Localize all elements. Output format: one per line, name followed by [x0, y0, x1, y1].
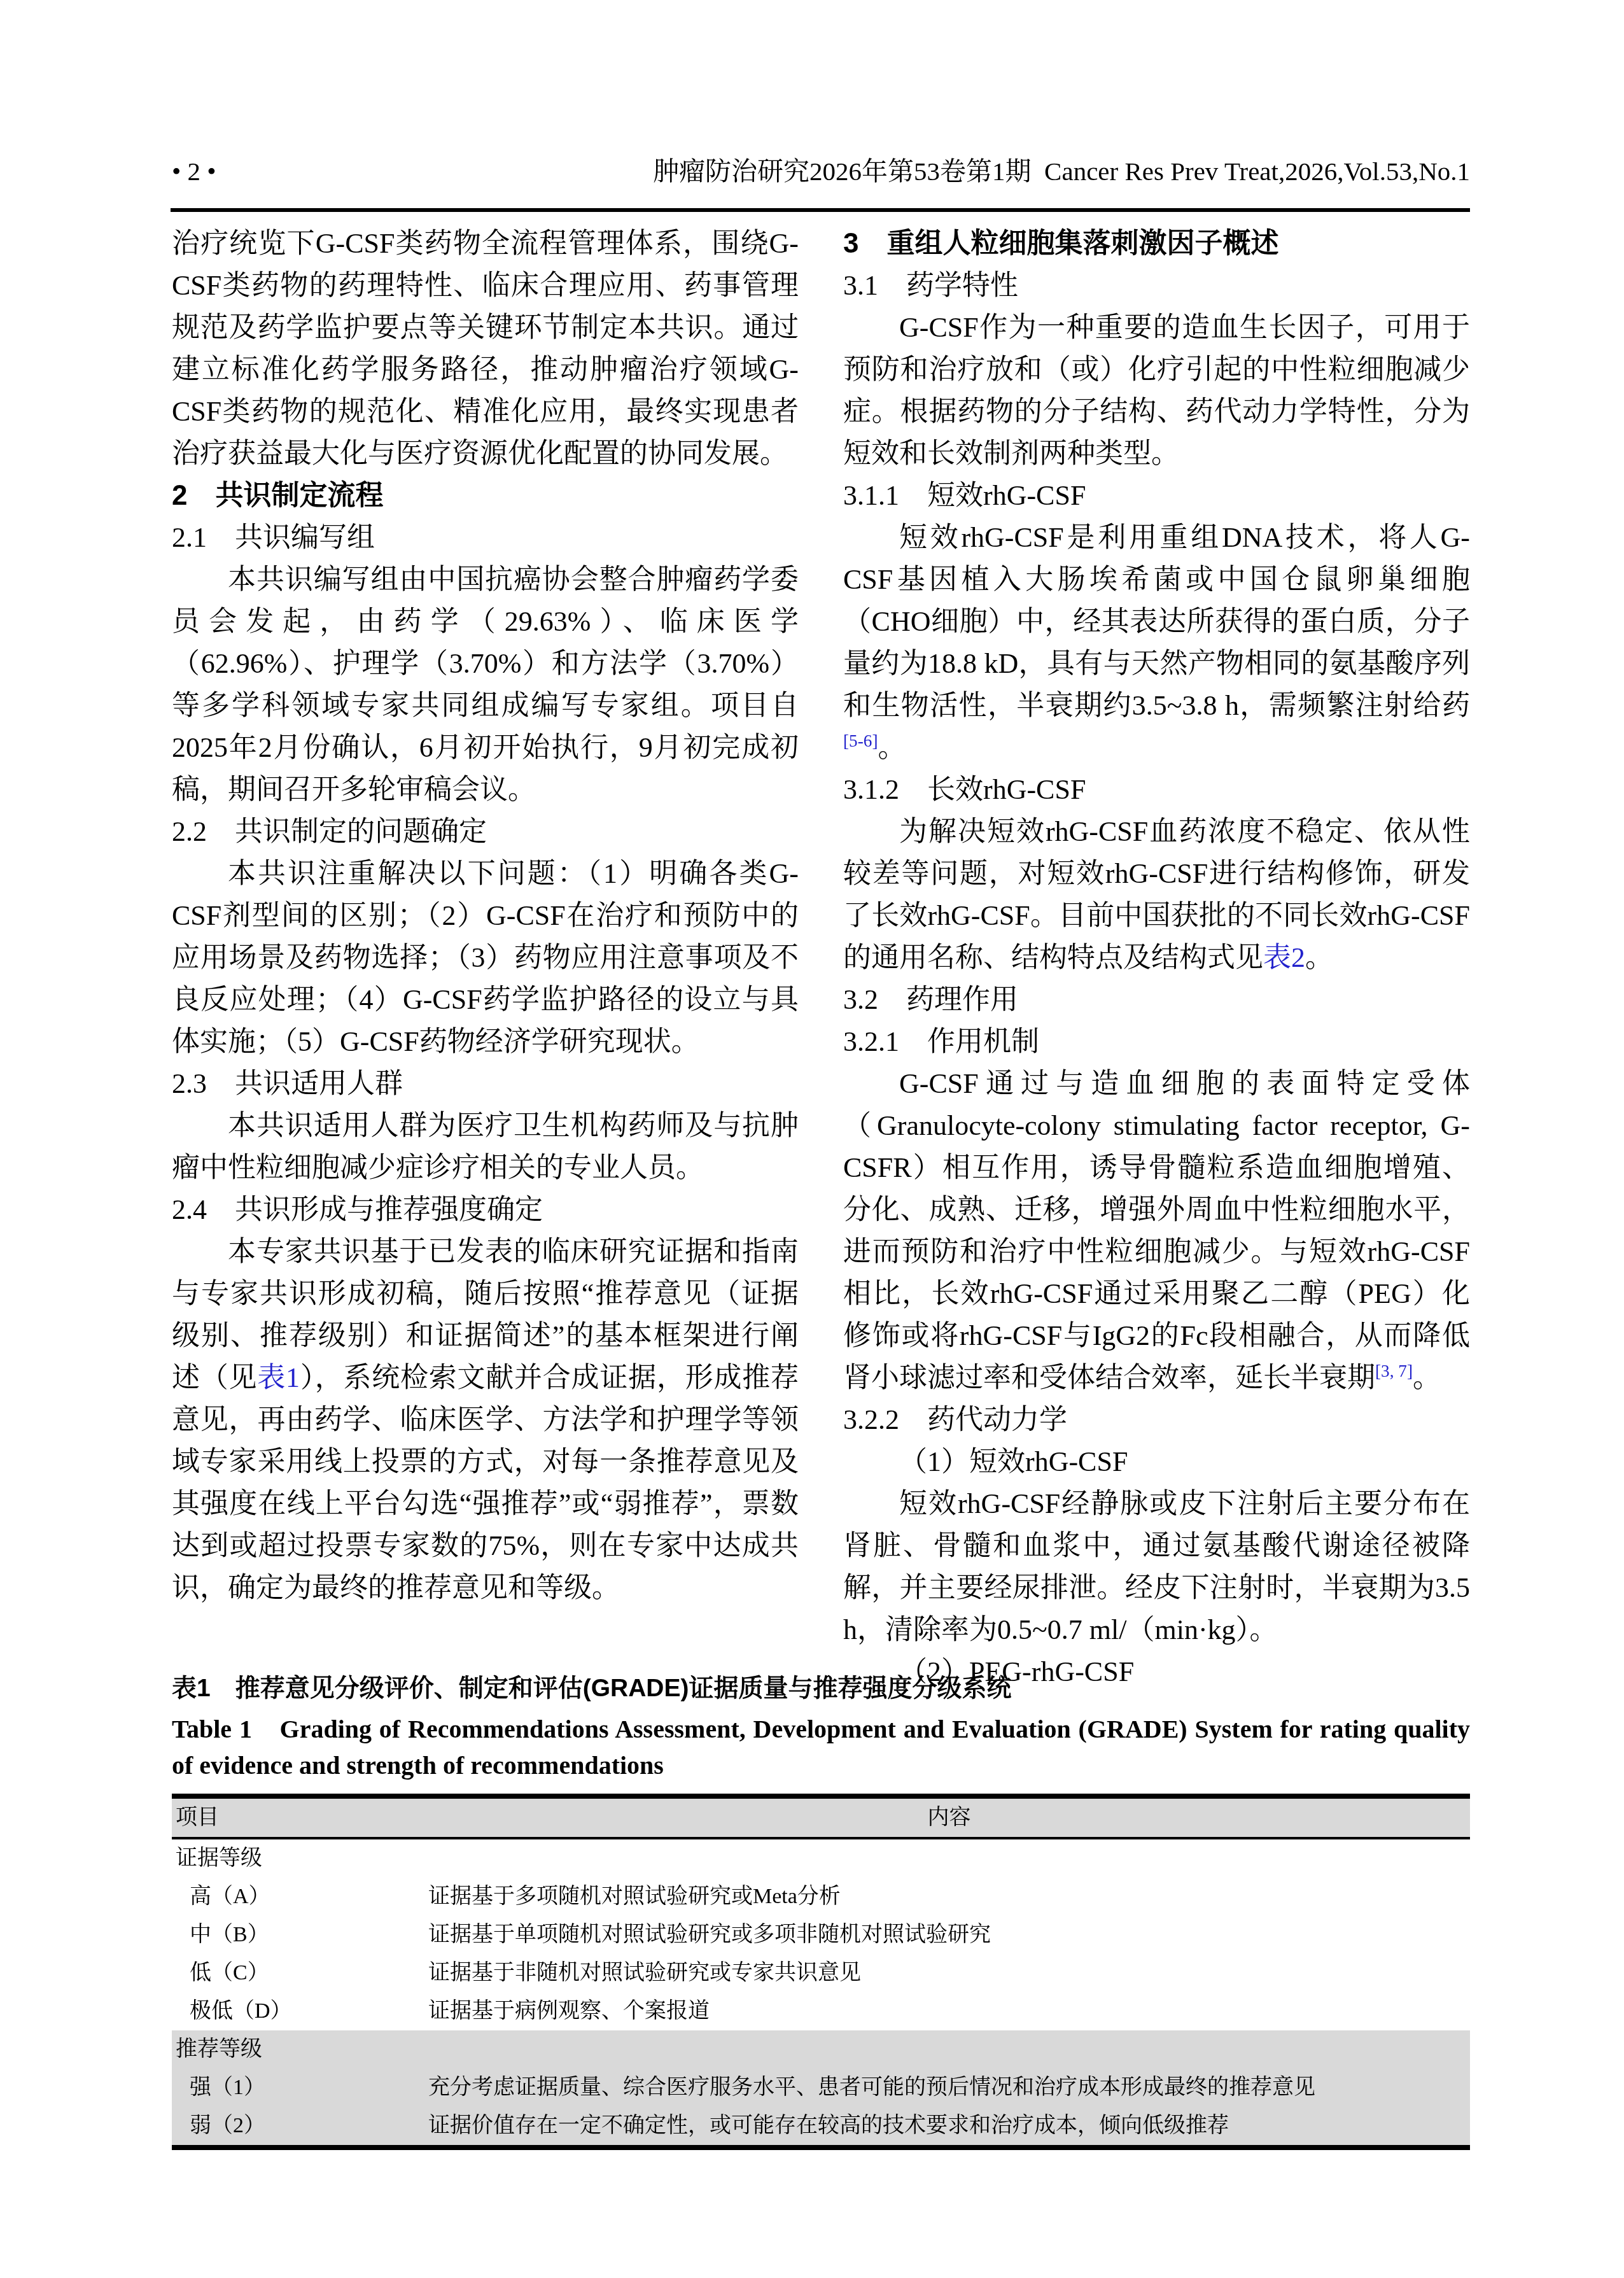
header-rule — [171, 208, 1470, 212]
heading-section-3-2: 3.2 药理作用 — [843, 979, 1470, 1021]
left-column: 治疗统览下G-CSF类药物全流程管理体系，围绕G-CSF类药物的药理特性、临床合… — [172, 223, 799, 1693]
subheading-short-acting: （1）短效rhG-CSF — [843, 1441, 1470, 1483]
heading-section-2: 2 共识制定流程 — [172, 475, 799, 517]
table1-content: 证据基于病例观察、个案报道 — [428, 1992, 1470, 2030]
table1-content: 证据基于多项随机对照试验研究或Meta分析 — [428, 1878, 1470, 1916]
table1-header-content: 内容 — [428, 1799, 1470, 1837]
journal-title-line: 肿瘤防治研究2026年第53卷第1期 Cancer Res Prev Treat… — [653, 150, 1470, 188]
table1-group-label: 证据等级 — [172, 1839, 262, 1878]
paragraph-3-1-1: 短效rhG-CSF是利用重组DNA技术，将人G-CSF基因植入大肠埃希菌或中国仓… — [843, 517, 1470, 769]
table1-header-row: 项目 内容 — [172, 1799, 1470, 1839]
paragraph-3-1: G-CSF作为一种重要的造血生长因子，可用于预防和治疗放和（或）化疗引起的中性粒… — [843, 307, 1470, 475]
heading-section-3-1-2: 3.1.2 长效rhG-CSF — [843, 769, 1470, 811]
table1-group-row-recommendation: 推荐等级 — [172, 2030, 1470, 2069]
paragraph-2-4-text-after: ），系统检索文献并合成证据，形成推荐意见，再由药学、临床医学、方法学和护理学等领… — [172, 1362, 799, 1603]
table1-item: 弱（2） — [172, 2107, 428, 2145]
heading-section-3: 3 重组人粒细胞集落刺激因子概述 — [843, 223, 1470, 265]
paragraph-2-4: 本专家共识基于已发表的临床研究证据和指南与专家共识形成初稿，随后按照“推荐意见（… — [172, 1231, 799, 1609]
paragraph-2-2: 本共识注重解决以下问题：（1）明确各类G-CSF剂型间的区别；（2）G-CSF在… — [172, 853, 799, 1063]
heading-section-3-2-1: 3.2.1 作用机制 — [843, 1021, 1470, 1063]
table1-caption-zh: 表1 推荐意见分级评价、制定和评估(GRADE)证据质量与推荐强度分级系统 — [172, 1673, 1470, 1705]
paragraph-short-acting-pk: 短效rhG-CSF经静脉或皮下注射后主要分布在肾脏、骨髓和血浆中，通过氨基酸代谢… — [843, 1483, 1470, 1651]
page-number: • 2 • — [172, 156, 216, 186]
paragraph-3-1-1-text: 短效rhG-CSF是利用重组DNA技术，将人G-CSF基因植入大肠埃希菌或中国仓… — [843, 522, 1470, 721]
body-columns: 治疗统览下G-CSF类药物全流程管理体系，围绕G-CSF类药物的药理特性、临床合… — [172, 223, 1470, 1693]
table1-content: 证据基于非随机对照试验研究或专家共识意见 — [428, 1954, 1470, 1992]
right-column: 3 重组人粒细胞集落刺激因子概述 3.1 药学特性 G-CSF作为一种重要的造血… — [843, 223, 1470, 1693]
heading-section-3-1-1: 3.1.1 短效rhG-CSF — [843, 475, 1470, 517]
table2-crossref-link[interactable]: 表2 — [1263, 942, 1305, 973]
table-row: 低（C） 证据基于非随机对照试验研究或专家共识意见 — [172, 1954, 1470, 1992]
heading-section-2-1: 2.1 共识编写组 — [172, 517, 799, 559]
heading-section-2-3: 2.3 共识适用人群 — [172, 1063, 799, 1105]
table1-group-row-evidence: 证据等级 — [172, 1839, 1470, 1878]
table-row: 强（1） 充分考虑证据质量、综合医疗服务水平、患者可能的预后情况和治疗成本形成最… — [172, 2069, 1470, 2107]
table1-crossref-link[interactable]: 表1 — [257, 1362, 300, 1393]
table1-section: 表1 推荐意见分级评价、制定和评估(GRADE)证据质量与推荐强度分级系统 Ta… — [172, 1673, 1470, 2150]
paragraph-3-1-2-text-after: 。 — [1305, 942, 1333, 973]
table1-group-label: 推荐等级 — [172, 2030, 262, 2069]
heading-section-2-4: 2.4 共识形成与推荐强度确定 — [172, 1189, 799, 1231]
intro-paragraph: 治疗统览下G-CSF类药物全流程管理体系，围绕G-CSF类药物的药理特性、临床合… — [172, 223, 799, 475]
table1-item: 强（1） — [172, 2069, 428, 2107]
paragraph-2-3: 本共识适用人群为医疗卫生机构药师及与抗肿瘤中性粒细胞减少症诊疗相关的专业人员。 — [172, 1105, 799, 1189]
reference-5-6-link[interactable]: [5-6] — [843, 731, 878, 750]
heading-section-3-1: 3.1 药学特性 — [843, 265, 1470, 307]
paragraph-3-2-1: G-CSF通过与造血细胞的表面特定受体（Granulocyte-colony s… — [843, 1063, 1470, 1399]
table1-item: 中（B） — [172, 1916, 428, 1954]
paragraph-3-1-1-text-after: 。 — [878, 732, 906, 763]
table1-content: 充分考虑证据质量、综合医疗服务水平、患者可能的预后情况和治疗成本形成最终的推荐意… — [428, 2069, 1470, 2107]
paragraph-3-1-2-text: 为解决短效rhG-CSF血药浓度不稳定、依从性较差等问题，对短效rhG-CSF进… — [843, 816, 1470, 973]
table-row: 极低（D） 证据基于病例观察、个案报道 — [172, 1992, 1470, 2030]
paragraph-3-2-1-text-after: 。 — [1413, 1362, 1441, 1393]
table1-item: 高（A） — [172, 1878, 428, 1916]
table1-item: 低（C） — [172, 1954, 428, 1992]
running-head: • 2 • 肿瘤防治研究2026年第53卷第1期 Cancer Res Prev… — [172, 150, 1470, 188]
paragraph-3-1-2: 为解决短效rhG-CSF血药浓度不稳定、依从性较差等问题，对短效rhG-CSF进… — [843, 811, 1470, 979]
journal-page: • 2 • 肿瘤防治研究2026年第53卷第1期 Cancer Res Prev… — [0, 0, 1624, 2278]
table1-header-item: 项目 — [172, 1799, 428, 1837]
table1: 项目 内容 证据等级 高（A） 证据基于多项随机对照试验研究或Meta分析 中（… — [172, 1794, 1470, 2150]
paragraph-3-2-1-text: G-CSF通过与造血细胞的表面特定受体（Granulocyte-colony s… — [843, 1068, 1470, 1393]
reference-3-7-link[interactable]: [3, 7] — [1375, 1361, 1413, 1381]
table-row: 高（A） 证据基于多项随机对照试验研究或Meta分析 — [172, 1878, 1470, 1916]
heading-section-3-2-2: 3.2.2 药代动力学 — [843, 1399, 1470, 1441]
paragraph-2-1: 本共识编写组由中国抗癌协会整合肿瘤药学委员会发起，由药学（29.63%）、临床医… — [172, 559, 799, 811]
table1-content: 证据基于单项随机对照试验研究或多项非随机对照试验研究 — [428, 1916, 1470, 1954]
heading-section-2-2: 2.2 共识制定的问题确定 — [172, 811, 799, 853]
table1-item: 极低（D） — [172, 1992, 428, 2030]
table1-content: 证据价值存在一定不确定性，或可能存在较高的技术要求和治疗成本，倾向低级推荐 — [428, 2107, 1470, 2145]
table-row: 弱（2） 证据价值存在一定不确定性，或可能存在较高的技术要求和治疗成本，倾向低级… — [172, 2107, 1470, 2145]
table1-caption-en: Table 1 Grading of Recommendations Asses… — [172, 1711, 1470, 1783]
table-row: 中（B） 证据基于单项随机对照试验研究或多项非随机对照试验研究 — [172, 1916, 1470, 1954]
